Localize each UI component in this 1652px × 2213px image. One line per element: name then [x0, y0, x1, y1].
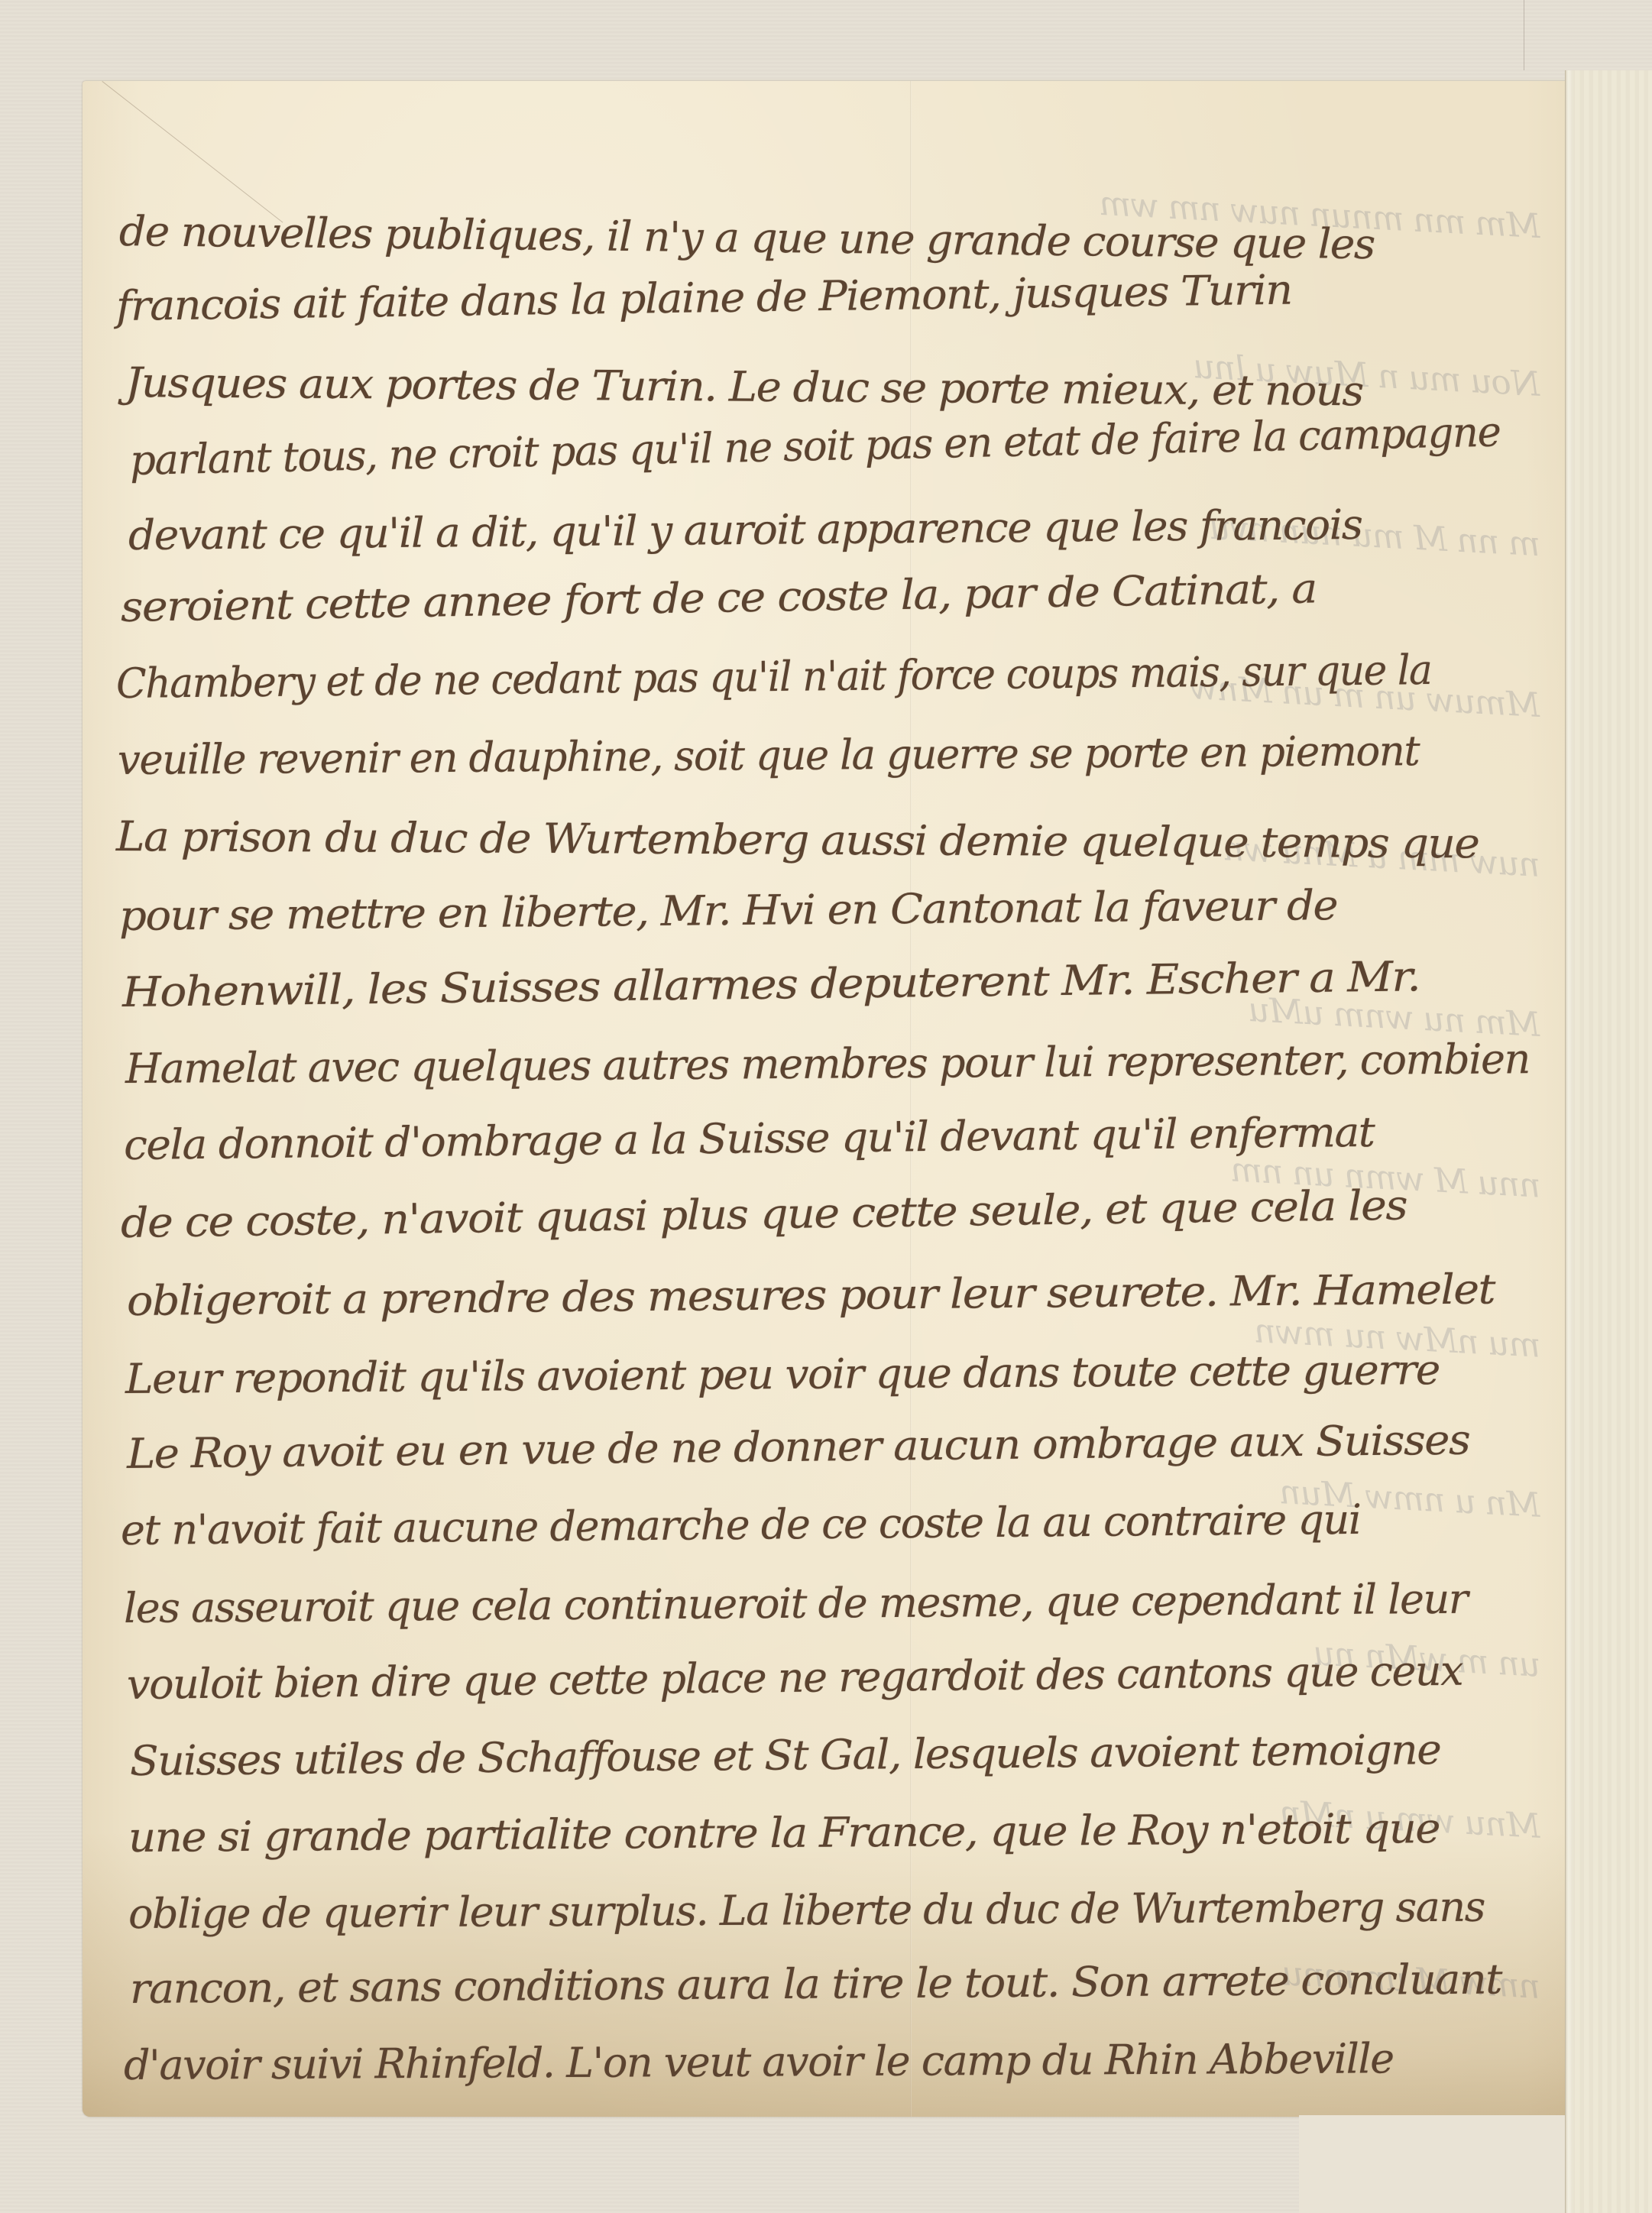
manuscript-line: francois ait faite dans la plaine de Pie… [116, 270, 1292, 327]
manuscript-line: de ce coste, n'avoit quasi plus que cett… [121, 1185, 1407, 1244]
manuscript-text: de nouvelles publiques, il n'y a que une… [83, 81, 1586, 2117]
manuscript-line: Leur repondit qu'ils avoient peu voir qu… [125, 1350, 1440, 1400]
binding-paper-strip [1565, 70, 1652, 2213]
manuscript-line: devant ce qu'il a dit, qu'il y auroit ap… [128, 504, 1362, 556]
manuscript-line: les asseuroit que cela continueroit de m… [124, 1579, 1467, 1629]
manuscript-line: oblige de querir leur surplus. La libert… [128, 1887, 1485, 1935]
manuscript-line: parlant tous, ne croit pas qu'il ne soit… [129, 411, 1500, 481]
mount-gutter-line [1524, 0, 1524, 70]
manuscript-line: Jusques aux portes de Turin. Le duc se p… [125, 362, 1363, 412]
manuscript-line: Hamelat avec quelques autres membres pou… [125, 1038, 1530, 1090]
manuscript-line: Suisses utiles de Schaffouse et St Gal, … [130, 1729, 1441, 1782]
manuscript-line: de nouvelles publiques, il n'y a que une… [119, 211, 1375, 265]
manuscript-line: veuille revenir en dauphine, soit que la… [118, 731, 1420, 781]
manuscript-line: rancon, et sans conditions aura la tire … [130, 1959, 1501, 2010]
manuscript-line: cela donnoit d'ombrage a la Suisse qu'il… [124, 1112, 1375, 1166]
manuscript-line: Le Roy avoit eu en vue de ne donner aucu… [127, 1420, 1470, 1475]
manuscript-page: Mm mn mnun nuw nm wm Nou mu n Muw u lnu … [83, 81, 1586, 2117]
manuscript-line: vouloit bien dire que cette place ne reg… [127, 1651, 1463, 1706]
archive-mount-background: Mm mn mnun nuw nm wm Nou mu n Muw u lnu … [0, 0, 1652, 2213]
manuscript-line: La prison du duc de Wurtemberg aussi dem… [116, 816, 1479, 864]
manuscript-line: obligeroit a prendre des mesures pour le… [127, 1269, 1495, 1322]
manuscript-line: et n'avoit fait aucune demarche de ce co… [121, 1499, 1361, 1551]
manuscript-line: d'avoir suivi Rhinfeld. L'on veut avoir … [124, 2038, 1394, 2086]
manuscript-line: Chambery et de ne cedant pas qu'il n'ait… [116, 650, 1432, 705]
manuscript-line: Hohenwill, les Suisses allarmes deputere… [122, 956, 1420, 1013]
manuscript-line: une si grande partialite contre la Franc… [128, 1808, 1440, 1858]
manuscript-line: pour se mettre en liberte, Mr. Hvi en Ca… [119, 885, 1337, 937]
manuscript-line: seroient cette annee fort de ce coste la… [121, 568, 1317, 628]
mount-bottom-flap [1299, 2115, 1567, 2213]
